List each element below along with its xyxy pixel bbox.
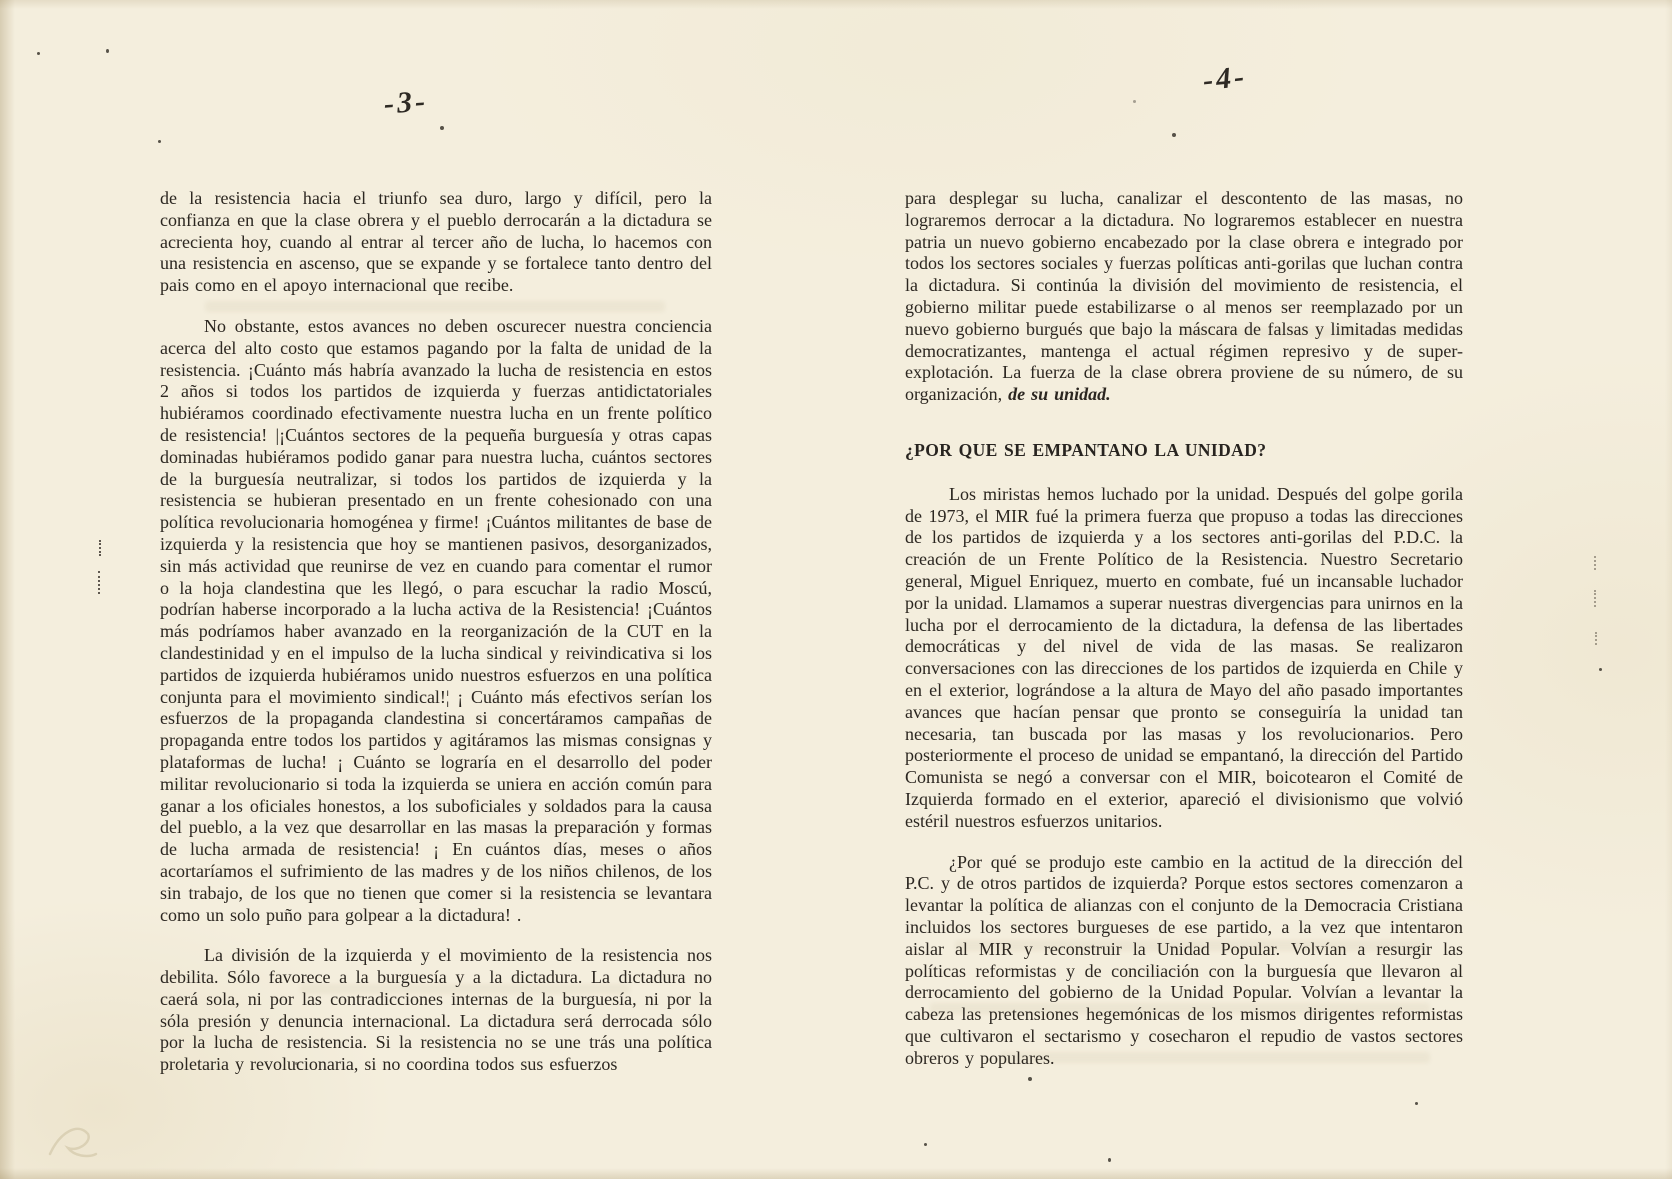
margin-mark — [1595, 632, 1597, 645]
paragraph: La división de la izquierda y el movimie… — [160, 945, 712, 1076]
scan-speck — [924, 1143, 927, 1146]
scan-speck — [1028, 1077, 1032, 1081]
scan-speck — [1133, 100, 1136, 103]
italic-emphasis: de su unidad. — [1008, 384, 1111, 404]
scan-speck — [480, 284, 483, 287]
paragraph-continuation: para desplegar su lucha, canalizar el de… — [905, 188, 1463, 406]
page-number-left: -3- — [383, 85, 429, 122]
pencil-scribble — [38, 1108, 128, 1178]
scan-speck — [37, 52, 40, 55]
margin-mark — [98, 571, 100, 594]
paragraph: ¿Por qué se produjo este cambio en la ac… — [905, 852, 1463, 1070]
scan-speck — [1108, 1158, 1111, 1162]
paragraph-continuation: de la resistencia hacia el triunfo sea d… — [160, 188, 712, 297]
scan-speck — [295, 1062, 298, 1065]
page-4-text-column: para desplegar su lucha, canalizar el de… — [905, 188, 1463, 1088]
scan-speck — [1415, 1102, 1418, 1105]
margin-mark — [99, 540, 101, 556]
scan-speck — [1599, 668, 1602, 671]
scan-speck — [106, 49, 109, 53]
paragraph: Los miristas hemos luchado por la unidad… — [905, 484, 1463, 833]
page-3-text-column: de la resistencia hacia el triunfo sea d… — [160, 188, 712, 1095]
scan-speck — [1172, 133, 1176, 137]
page-number-right: -4- — [1201, 60, 1248, 98]
margin-mark — [1594, 556, 1596, 570]
section-heading: ¿POR QUE SE EMPANTANO LA UNIDAD? — [905, 440, 1463, 462]
margin-mark — [1594, 590, 1596, 607]
scan-speck — [158, 140, 161, 143]
scan-speck — [440, 126, 444, 130]
paragraph: No obstante, estos avances no deben oscu… — [160, 316, 712, 926]
paragraph-text: para desplegar su lucha, canalizar el de… — [905, 188, 1463, 404]
